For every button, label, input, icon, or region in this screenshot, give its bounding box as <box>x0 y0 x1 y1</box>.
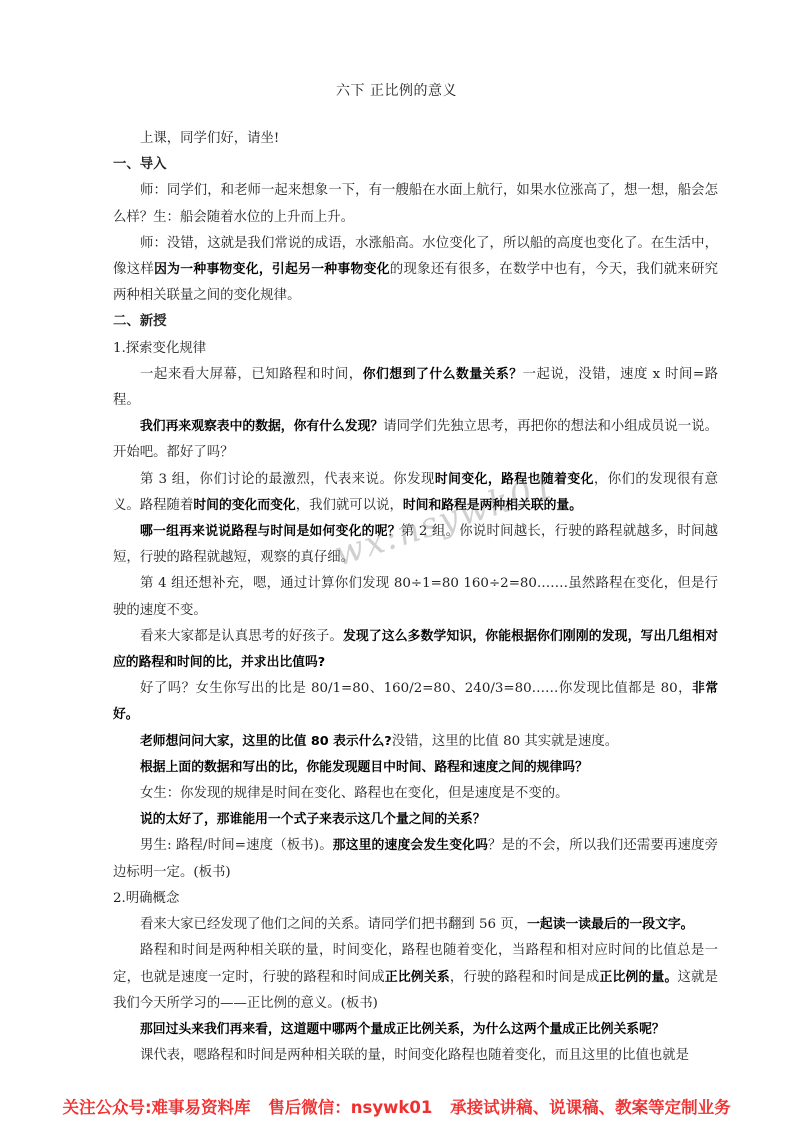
text-run: ，行驶的路程和时间是成 <box>450 970 600 985</box>
section-heading-new: 二、新授 <box>113 309 718 335</box>
document-title: 六下 正比例的意义 <box>0 80 793 100</box>
bold-text: 那回过头来我们再来看，这道题中哪两个量成正比例关系，为什么这两个量成正比例关系呢… <box>140 1022 665 1037</box>
bold-text: 说的太好了，那谁能用一个式子来表示这几个量之间的关系？ <box>140 812 486 827</box>
paragraph: 好了吗？女生你写出的比是 80/1=80、160/2=80、240/3=80……… <box>113 676 718 728</box>
text-run: ，我们就可以说， <box>296 498 403 513</box>
paragraph: 第 3 组，你们讨论的最激烈，代表来说。你发现时间变化，路程也随着变化，你们的发… <box>113 467 718 519</box>
text-run: 男生: 路程/时间=速度（板书)。 <box>140 838 333 853</box>
text-run: 第 4 组还想补充，嗯，通过计算你们发现 80÷1=80 160÷2=80.……… <box>113 576 718 617</box>
text-run: 课代表，嗯路程和时间是两种相关联的量，时间变化路程也随着变化，而且这里的比值也就… <box>140 1048 689 1063</box>
intro-paragraphs: 师：同学们，和老师一起来想象一下，有一艘船在水面上航行，如果水位涨高了，想一想，… <box>113 178 718 309</box>
paragraph: 男生: 路程/时间=速度（板书)。那这里的速度会发生变化吗？是的不会，所以我们还… <box>113 833 718 885</box>
bold-text: 老师想问问大家，这里的比值 80 表示什么? <box>140 734 392 749</box>
paragraph: 看来大家都是认真思考的好孩子。发现了这么多数学知识，你能根据你们刚刚的发现，写出… <box>113 624 718 676</box>
paragraph: 那回过头来我们再来看，这道题中哪两个量成正比例关系，为什么这两个量成正比例关系呢… <box>113 1017 718 1043</box>
subheading-concept: 2.明确概念 <box>113 886 718 912</box>
paragraph: 哪一组再来说说路程与时间是如何变化的呢？第 2 组。你说时间越长，行驶的路程就越… <box>113 519 718 571</box>
bold-text: 正比例的量。 <box>599 970 677 985</box>
bold-text: 你们想到了什么数量关系？ <box>363 367 523 382</box>
document-body: 上课，同学们好，请坐! 一、导入 师：同学们，和老师一起来想象一下，有一艘船在水… <box>113 126 718 1069</box>
footer-item: 关注公众号:难事易资料库 <box>62 1098 250 1117</box>
subheading-explore: 1.探索变化规律 <box>113 336 718 362</box>
paragraph: 老师想问问大家，这里的比值 80 表示什么?没错，这里的比值 80 其实就是速度… <box>113 729 718 755</box>
text-run: 师：同学们，和老师一起来想象一下，有一艘船在水面上航行，如果水位涨高了，想一想，… <box>113 183 718 224</box>
paragraph: 路程和时间是两种相关联的量，时间变化，路程也随着变化，当路程和相对应时间的比值总… <box>113 938 718 1017</box>
bold-text: 那这里的速度会发生变化吗 <box>333 838 488 853</box>
concept-paragraphs: 看来大家已经发现了他们之间的关系。请同学们把书翻到 56 页，一起读一读最后的一… <box>113 912 718 1069</box>
bold-text: 哪一组再来说说路程与时间是如何变化的呢？ <box>140 524 401 539</box>
paragraph: 女生：你发现的规律是时间在变化、路程也在变化，但是速度是不变的。 <box>113 781 718 807</box>
bold-text: 时间的变化而变化 <box>193 498 295 513</box>
bold-text: 我们再来观察表中的数据，你有什么发现？ <box>140 419 383 434</box>
bold-text: 时间变化，路程也随着变化 <box>435 472 594 487</box>
paragraph: 师：没错，这就是我们常说的成语，水涨船高。水位变化了，所以船的高度也变化了。在生… <box>113 231 718 310</box>
text-run: 没错，这里的比值 80 其实就是速度。 <box>392 734 618 749</box>
bold-text: 时间和路程是两种相关联的量。 <box>403 498 582 513</box>
greeting: 上课，同学们好，请坐! <box>113 126 718 152</box>
paragraph: 课代表，嗯路程和时间是两种相关联的量，时间变化路程也随着变化，而且这里的比值也就… <box>113 1043 718 1069</box>
text-run: 好了吗？女生你写出的比是 80/1=80、160/2=80、240/3=80……… <box>140 681 692 696</box>
paragraph: 一起来看大屏幕，已知路程和时间，你们想到了什么数量关系？一起说，没错，速度 x … <box>113 362 718 414</box>
paragraph: 我们再来观察表中的数据，你有什么发现？请同学们先独立思考，再把你的想法和小组成员… <box>113 414 718 466</box>
section-heading-intro: 一、导入 <box>113 152 718 178</box>
paragraph: 根据上面的数据和写出的比，你能发现题目中时间、路程和速度之间的规律吗？ <box>113 755 718 781</box>
text-run: 一起来看大屏幕，已知路程和时间， <box>140 367 363 382</box>
promo-footer: 关注公众号:难事易资料库 售后微信：nsywk01 承接试讲稿、说课稿、教案等定… <box>0 1094 793 1118</box>
paragraph: 说的太好了，那谁能用一个式子来表示这几个量之间的关系？ <box>113 807 718 833</box>
text-run: 看来大家已经发现了他们之间的关系。请同学们把书翻到 56 页， <box>140 917 527 932</box>
paragraph: 第 4 组还想补充，嗯，通过计算你们发现 80÷1=80 160÷2=80.……… <box>113 571 718 623</box>
footer-item: 承接试讲稿、说课稿、教案等定制业务 <box>450 1098 731 1117</box>
footer-item: 售后微信：nsywk01 <box>268 1098 432 1117</box>
bold-text: 因为一种事物变化，引起另一种事物变化 <box>154 262 390 277</box>
paragraph: 师：同学们，和老师一起来想象一下，有一艘船在水面上航行，如果水位涨高了，想一想，… <box>113 178 718 230</box>
bold-text: 根据上面的数据和写出的比，你能发现题目中时间、路程和速度之间的规律吗？ <box>140 760 588 775</box>
explore-paragraphs: 一起来看大屏幕，已知路程和时间，你们想到了什么数量关系？一起说，没错，速度 x … <box>113 362 718 886</box>
bold-text: 正比例关系 <box>385 970 450 985</box>
text-run: 第 3 组，你们讨论的最激烈，代表来说。你发现 <box>140 472 435 487</box>
bold-text: 一起读一读最后的一段文字。 <box>527 917 693 932</box>
document-page: 六下 正比例的意义 上课，同学们好，请坐! 一、导入 师：同学们，和老师一起来想… <box>0 0 793 1122</box>
text-run: 看来大家都是认真思考的好孩子。 <box>140 629 343 644</box>
paragraph: 看来大家已经发现了他们之间的关系。请同学们把书翻到 56 页，一起读一读最后的一… <box>113 912 718 938</box>
text-run: 女生：你发现的规律是时间在变化、路程也在变化，但是速度是不变的。 <box>140 786 569 801</box>
